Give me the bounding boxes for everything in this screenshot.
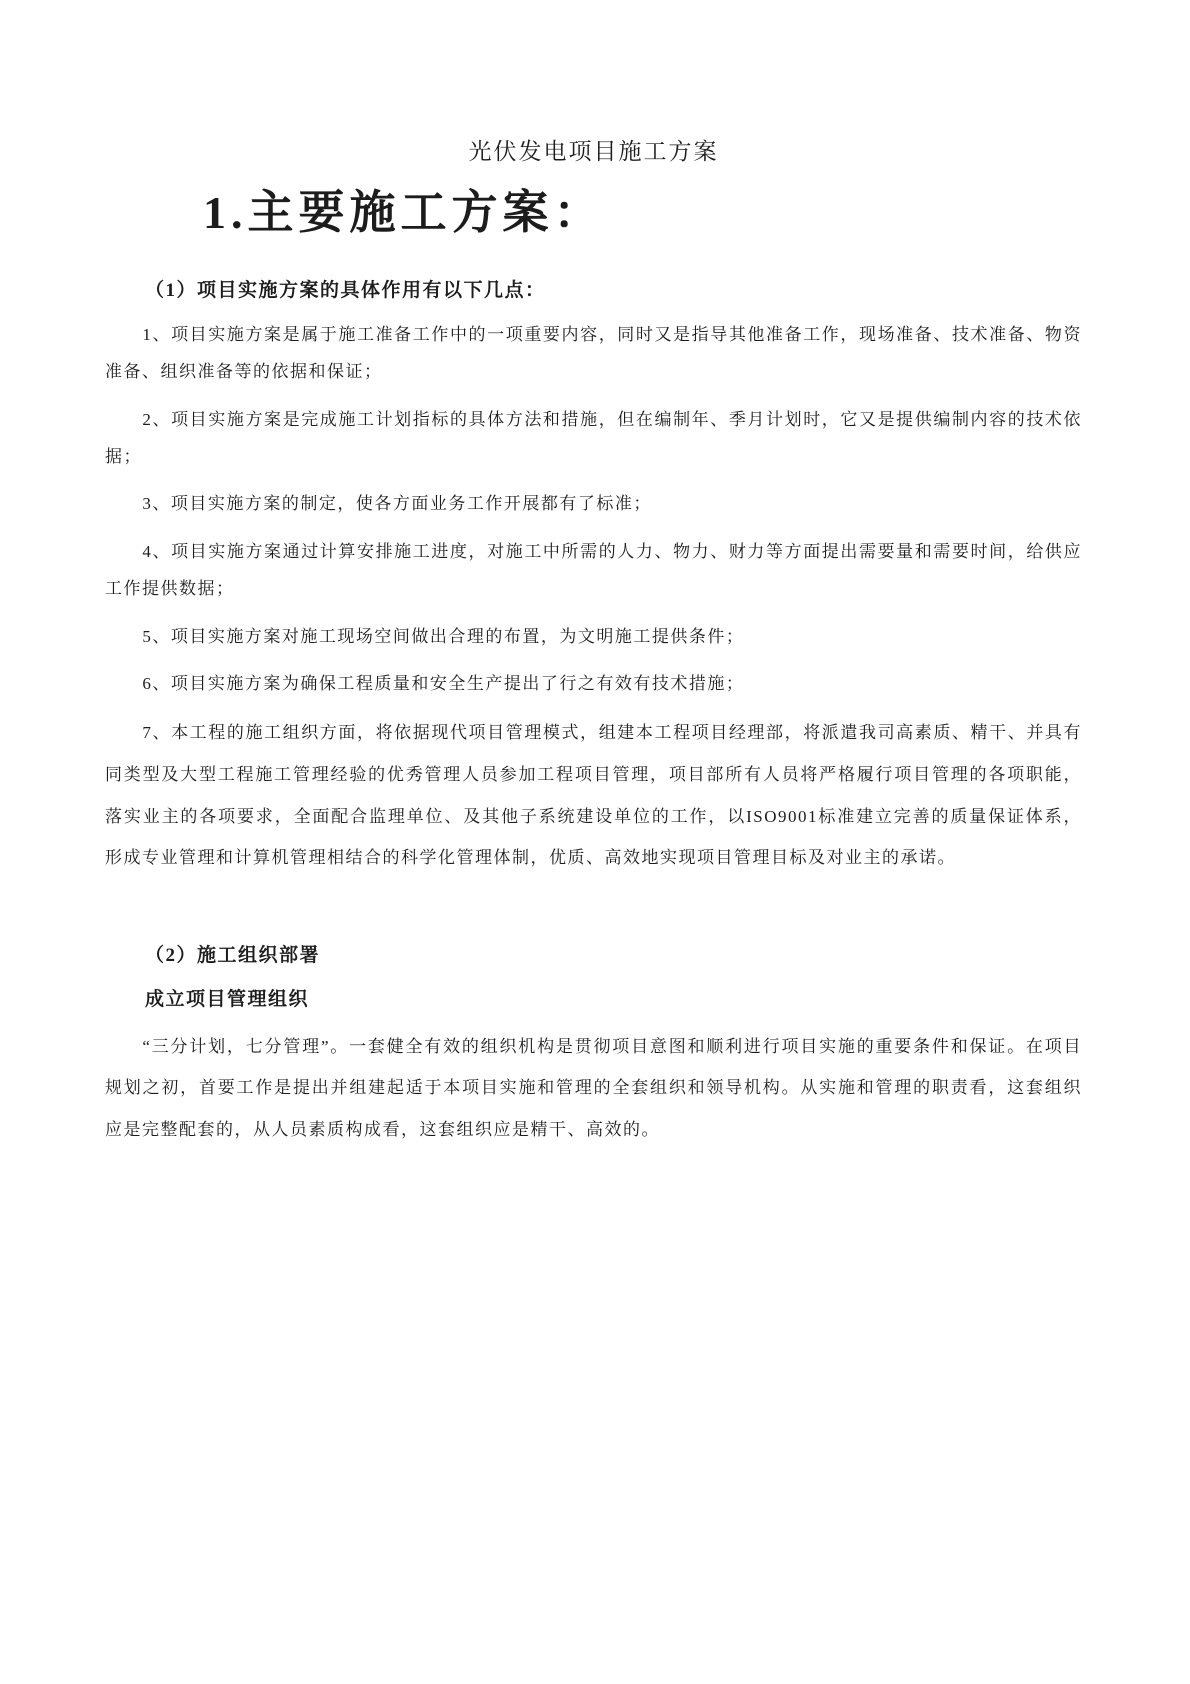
paragraph-point-3: 3、项目实施方案的制定，使各方面业务工作开展都有了标准； <box>105 485 1082 522</box>
section-implementation-plan-roles: （1）项目实施方案的具体作用有以下几点： 1、项目实施方案是属于施工准备工作中的… <box>105 276 1082 879</box>
paragraph-point-7: 7、本工程的施工组织方面，将依据现代项目管理模式，组建本工程项目经理部，将派遣我… <box>105 712 1082 879</box>
paragraph-point-6: 6、项目实施方案为确保工程质量和安全生产提出了行之有效有技术措施； <box>105 665 1082 702</box>
paragraph-point-4: 4、项目实施方案通过计算安排施工进度，对施工中所需的人力、物力、财力等方面提出需… <box>105 533 1082 608</box>
main-heading: 1.主要施工方案： <box>105 184 1082 242</box>
document-title: 光伏发电项目施工方案 <box>105 133 1082 166</box>
document-page: 光伏发电项目施工方案 1.主要施工方案： （1）项目实施方案的具体作用有以下几点… <box>0 0 1190 1684</box>
section-construction-organization: （2）施工组织部署 成立项目管理组织 “三分计划，七分管理”。一套健全有效的组织… <box>105 941 1082 1151</box>
paragraph-point-5: 5、项目实施方案对施工现场空间做出合理的布置，为文明施工提供条件； <box>105 618 1082 655</box>
paragraph-point-1: 1、项目实施方案是属于施工准备工作中的一项重要内容，同时又是指导其他准备工作，现… <box>105 316 1082 391</box>
paragraph-point-2: 2、项目实施方案是完成施工计划指标的具体方法和措施，但在编制年、季月计划时，它又… <box>105 401 1082 476</box>
paragraph-management-organization: “三分计划，七分管理”。一套健全有效的组织机构是贯彻项目意图和顺利进行项目实施的… <box>105 1026 1082 1151</box>
section-1-heading: （1）项目实施方案的具体作用有以下几点： <box>105 276 1082 306</box>
section-2-subheading: 成立项目管理组织 <box>105 985 1082 1015</box>
section-2-heading: （2）施工组织部署 <box>105 941 1082 971</box>
